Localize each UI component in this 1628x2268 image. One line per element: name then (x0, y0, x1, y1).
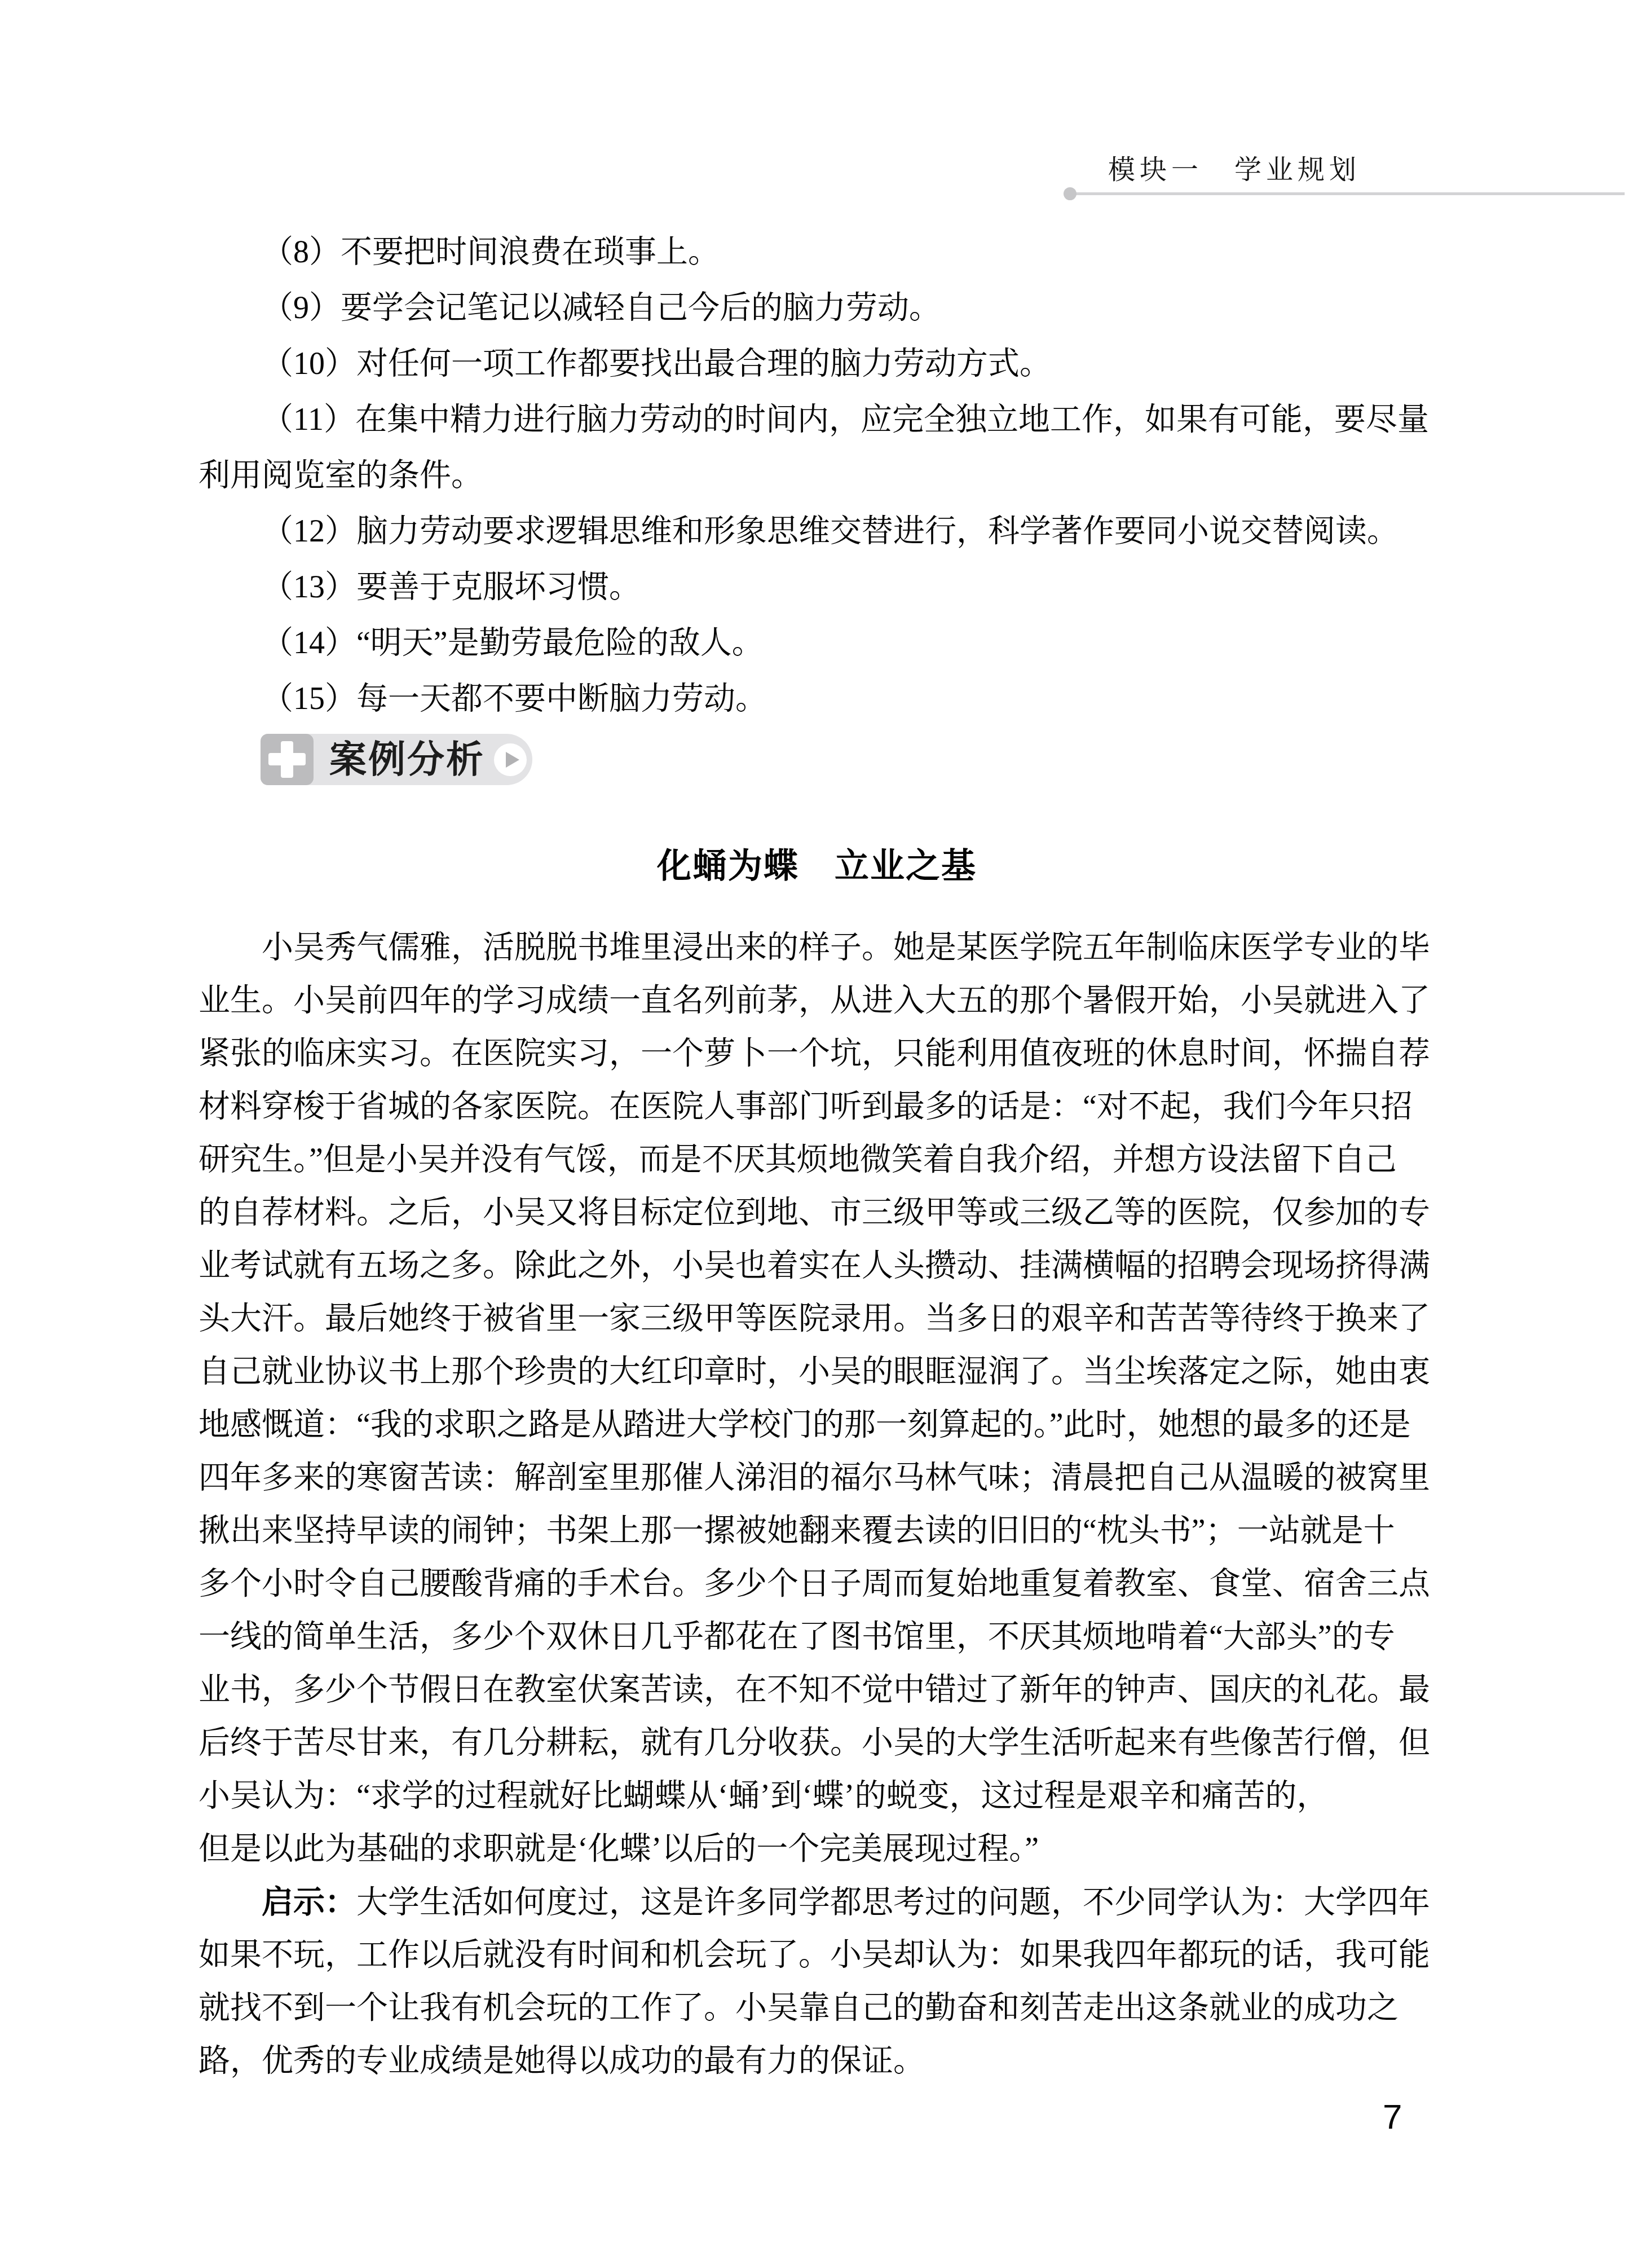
story-line: 业考试就有五场之多。除此之外，小吴也着实在人头攒动、挂满横幅的招聘会现场挤得满 (198, 1239, 1487, 1292)
story-line: 揪出来坚持早读的闹钟；书架上那一摞被她翻来覆去读的旧旧的“枕头书”；一站就是十 (198, 1504, 1487, 1557)
principles-list: （8）不要把时间浪费在琐事上。（9）要学会记笔记以减轻自己今后的脑力劳动。（10… (198, 224, 1487, 727)
story-line: 紧张的临床实习。在医院实习，一个萝卜一个坑，只能利用值夜班的休息时间，怀揣自荐 (198, 1027, 1487, 1080)
insight-lead-text: 大学生活如何度过，这是许多同学都思考过的问题，不少同学认为：大学四年 (356, 1885, 1430, 1920)
list-line: （11）在集中精力进行脑力劳动的时间内，应完全独立地工作，如果有可能，要尽量 (198, 392, 1487, 448)
list-line: （8）不要把时间浪费在琐事上。 (198, 224, 1487, 280)
story-line: 业书，多少个节假日在教室伏案苦读，在不知不觉中错过了新年的钟声、国庆的礼花。最 (198, 1663, 1487, 1716)
list-line: （13）要善于克服坏习惯。 (198, 560, 1487, 615)
list-line: （9）要学会记笔记以减轻自己今后的脑力劳动。 (198, 280, 1487, 336)
story-line: 但是以此为基础的求职就是‘化蝶’以后的一个完美展现过程。” (198, 1822, 1487, 1875)
story-line: 多个小时令自己腰酸背痛的手术台。多少个日子周而复始地重复着教室、食堂、宿舍三点 (198, 1557, 1487, 1610)
story-line: 后终于苦尽甘来，有几分耕耘，就有几分收获。小吴的大学生活听起来有些像苦行僧，但 (198, 1716, 1487, 1769)
article-title: 化蛹为蝶 立业之基 (198, 839, 1435, 888)
insight-lead-line: 启示：大学生活如何度过，这是许多同学都思考过的问题，不少同学认为：大学四年 (198, 1875, 1487, 1928)
story-lines: 小吴秀气儒雅，活脱脱书堆里浸出来的样子。她是某医学院五年制临床医学专业的毕业生。… (198, 921, 1487, 1875)
list-line: 利用阅览室的条件。 (198, 448, 1487, 504)
story-line: 小吴认为：“求学的过程就好比蝴蝶从‘蛹’到‘蝶’的蜕变，这过程是艰辛和痛苦的， (198, 1769, 1487, 1822)
case-study-article: 小吴秀气儒雅，活脱脱书堆里浸出来的样子。她是某医学院五年制临床医学专业的毕业生。… (198, 921, 1487, 2088)
story-line: 研究生。”但是小吴并没有气馁，而是不厌其烦地微笑着自我介绍，并想方设法留下自己 (198, 1133, 1487, 1186)
plus-cross-icon (261, 734, 314, 785)
story-line: 业生。小吴前四年的学习成绩一直名列前茅，从进入大五的那个暑假开始，小吴就进入了 (198, 974, 1487, 1027)
textbook-page: { "header": { "module_title": "模块一 学业规划"… (0, 0, 1628, 2268)
case-analysis-badge-label: 案例分析 (329, 734, 485, 785)
play-icon (494, 743, 527, 776)
header-rule-dot-icon (1064, 187, 1076, 200)
story-line: 一线的简单生活，多少个双休日几乎都花在了图书馆里，不厌其烦地啃着“大部头”的专 (198, 1610, 1487, 1663)
insight-line: 就找不到一个让我有机会玩的工作了。小吴靠自己的勤奋和刻苦走出这条就业的成功之 (198, 1981, 1487, 2034)
insight-label: 启示： (262, 1884, 356, 1919)
page-number: 7 (1383, 2097, 1402, 2137)
story-line: 材料穿梭于省城的各家医院。在医院人事部门听到最多的话是：“对不起，我们今年只招 (198, 1080, 1487, 1133)
story-line: 自己就业协议书上那个珍贵的大红印章时，小吴的眼眶湿润了。当尘埃落定之际，她由衷 (198, 1345, 1487, 1398)
list-line: （14）“明天”是勤劳最危险的敌人。 (198, 615, 1487, 671)
list-line: （15）每一天都不要中断脑力劳动。 (198, 671, 1487, 727)
insight-line: 路，优秀的专业成绩是她得以成功的最有力的保证。 (198, 2034, 1487, 2088)
running-head-module-title: 模块一 学业规划 (1108, 148, 1361, 187)
story-line: 小吴秀气儒雅，活脱脱书堆里浸出来的样子。她是某医学院五年制临床医学专业的毕 (198, 921, 1487, 974)
list-line: （10）对任何一项工作都要找出最合理的脑力劳动方式。 (198, 336, 1487, 392)
insight-lines: 如果不玩，工作以后就没有时间和机会玩了。小吴却认为：如果我四年都玩的话，我可能就… (198, 1928, 1487, 2088)
header-rule (1073, 192, 1625, 195)
story-line: 的自荐材料。之后，小吴又将目标定位到地、市三级甲等或三级乙等的医院，仅参加的专 (198, 1186, 1487, 1239)
story-line: 地感慨道：“我的求职之路是从踏进大学校门的那一刻算起的。”此时，她想的最多的还是 (198, 1398, 1487, 1451)
case-analysis-badge: 案例分析 (261, 734, 532, 785)
list-line: （12）脑力劳动要求逻辑思维和形象思维交替进行，科学著作要同小说交替阅读。 (198, 504, 1487, 560)
story-line: 四年多来的寒窗苦读：解剖室里那催人涕泪的福尔马林气味；清晨把自己从温暖的被窝里 (198, 1451, 1487, 1504)
story-line: 头大汗。最后她终于被省里一家三级甲等医院录用。当多日的艰辛和苦苦等待终于换来了 (198, 1292, 1487, 1345)
insight-line: 如果不玩，工作以后就没有时间和机会玩了。小吴却认为：如果我四年都玩的话，我可能 (198, 1928, 1487, 1981)
